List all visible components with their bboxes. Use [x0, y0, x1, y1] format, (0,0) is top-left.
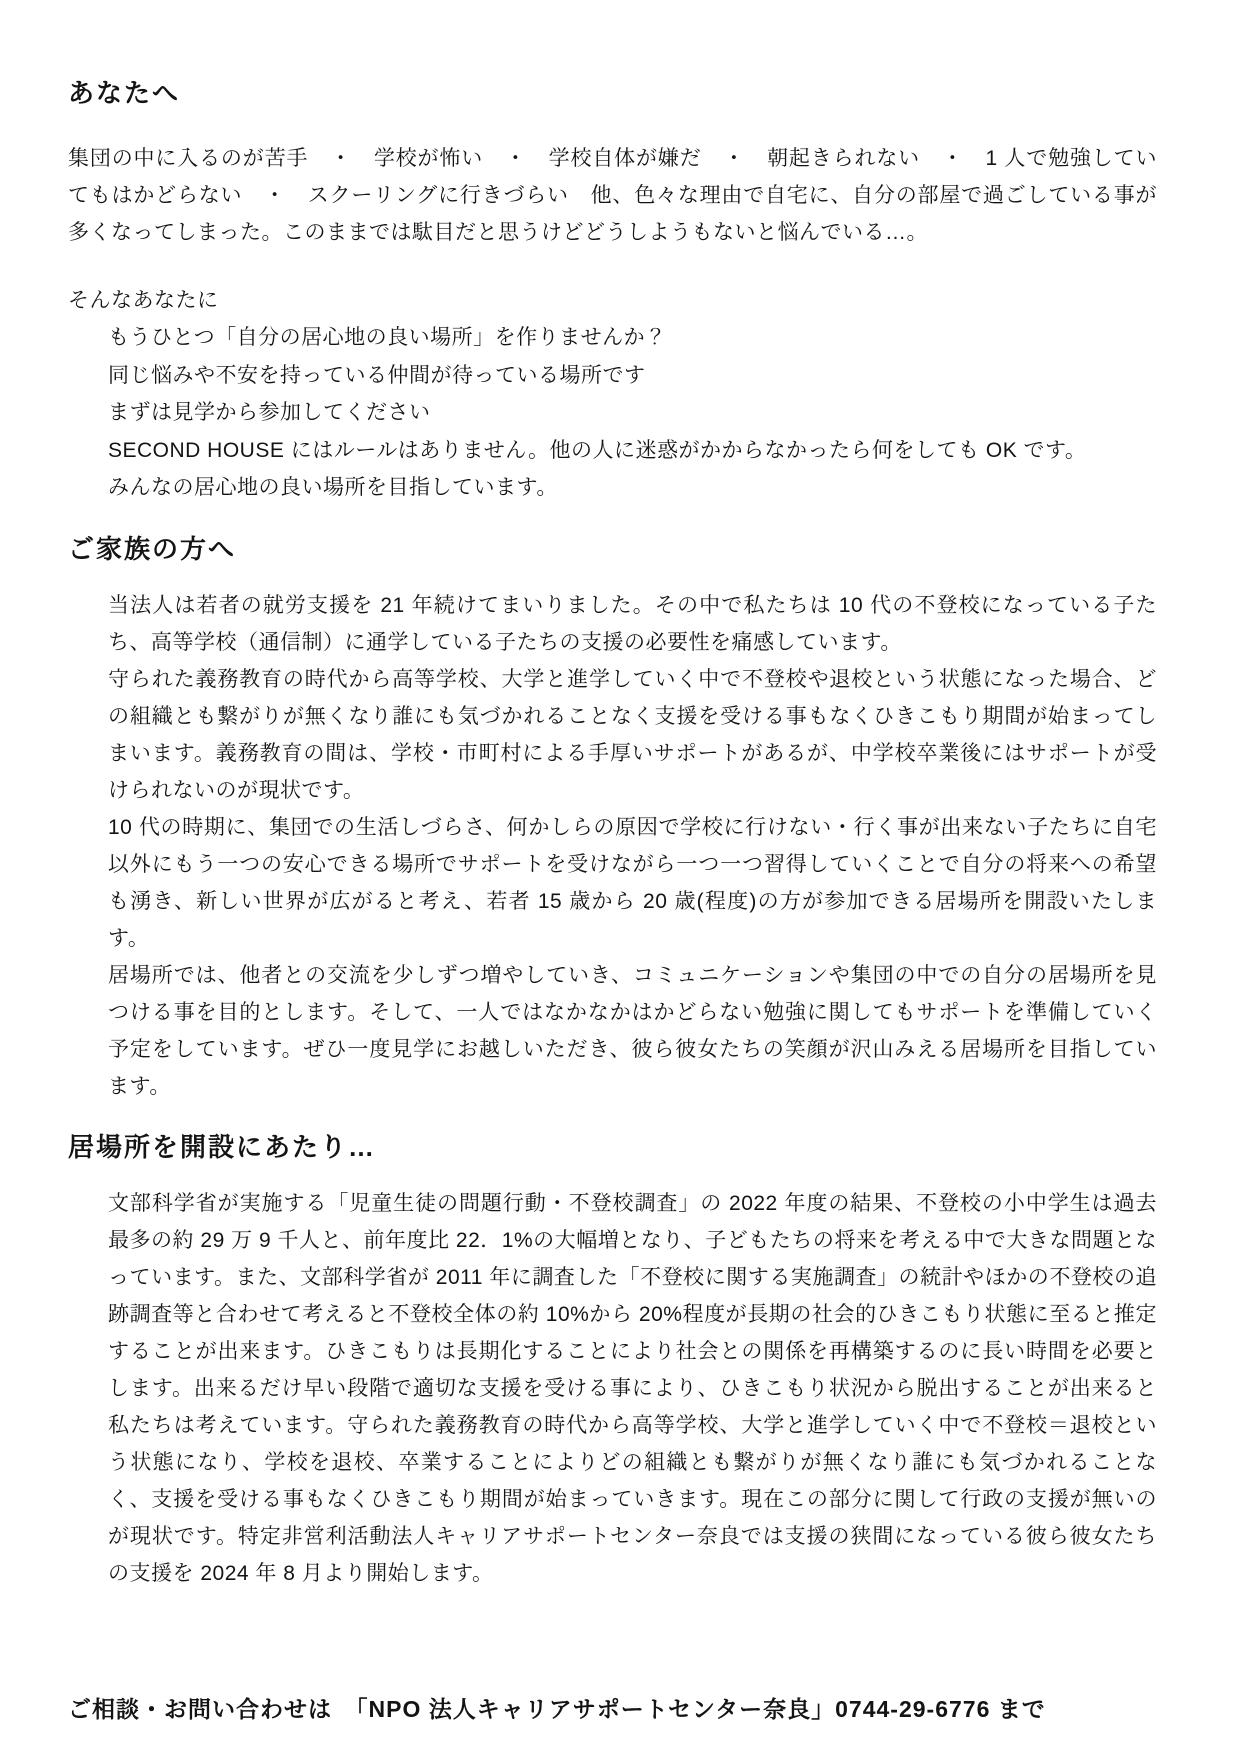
opening-section-body: 文部科学省が実施する「児童生徒の問題行動・不登校調査」の 2022 年度の結果、…: [108, 1185, 1157, 1592]
intro-paragraph: 集団の中に入るのが苦手 ・ 学校が怖い ・ 学校自体が嫌だ ・ 朝起きられない …: [68, 140, 1157, 251]
family-section-body: 当法人は若者の就労支援を 21 年続けてまいりました。その中で私たちは 10 代…: [108, 587, 1157, 1105]
section-opening-heading: 居場所を開設にあたり…: [68, 1129, 1157, 1165]
support-point: みんなの居心地の良い場所を目指しています。: [108, 469, 1157, 507]
support-points: もうひとつ「自分の居心地の良い場所」を作りませんか？ 同じ悩みや不安を持っている…: [108, 319, 1157, 507]
support-point: SECOND HOUSE にはルールはありません。他の人に迷惑がかからなかったら…: [108, 432, 1157, 470]
document-page: あなたへ 集団の中に入るのが苦手 ・ 学校が怖い ・ 学校自体が嫌だ ・ 朝起き…: [0, 0, 1240, 1754]
support-point: もうひとつ「自分の居心地の良い場所」を作りませんか？: [108, 319, 1157, 357]
section-family-heading: ご家族の方へ: [68, 531, 1157, 567]
support-point: 同じ悩みや不安を持っている仲間が待っている場所です: [108, 357, 1157, 395]
opening-paragraph: 文部科学省が実施する「児童生徒の問題行動・不登校調査」の 2022 年度の結果、…: [108, 1185, 1157, 1592]
lead-line: そんなあなたに: [68, 282, 1157, 319]
section-you-heading: あなたへ: [68, 75, 1157, 111]
family-paragraph: 守られた義務教育の時代から高等学校、大学と進学していく中で不登校や退校という状態…: [108, 661, 1157, 809]
family-paragraph: 10 代の時期に、集団での生活しづらさ、何かしらの原因で学校に行けない・行く事が…: [108, 809, 1157, 957]
contact-footer: ご相談・お問い合わせは 「NPO 法人キャリアサポートセンター奈良」0744-2…: [68, 1692, 1157, 1726]
family-paragraph: 当法人は若者の就労支援を 21 年続けてまいりました。その中で私たちは 10 代…: [108, 587, 1157, 661]
support-point: まずは見学から参加してください: [108, 394, 1157, 432]
family-paragraph: 居場所では、他者との交流を少しずつ増やしていき、コミュニケーションや集団の中での…: [108, 957, 1157, 1105]
